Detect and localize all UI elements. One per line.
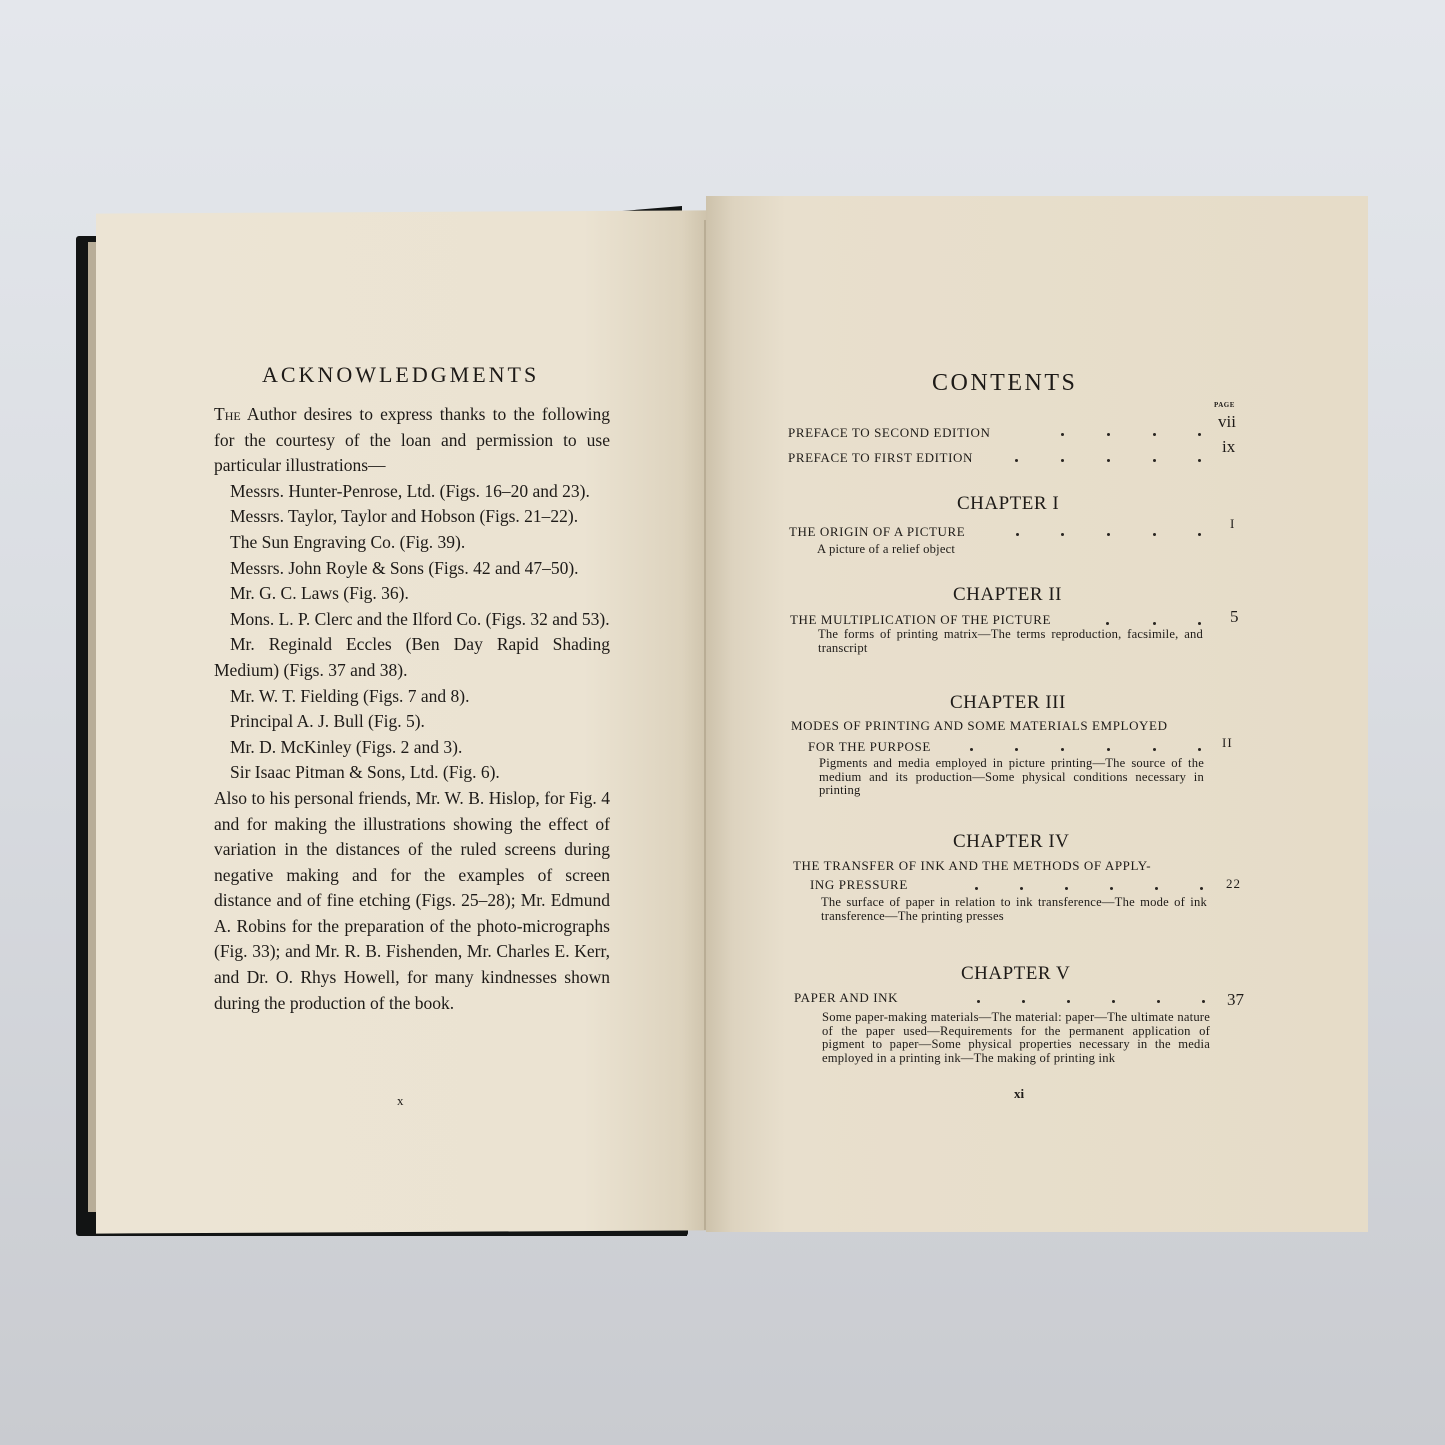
chapter-description: A picture of a relief object	[817, 543, 1217, 557]
leader-dot	[1067, 1000, 1070, 1003]
leader-dot	[1061, 433, 1064, 436]
toc-entry-preface-second: PREFACE TO SECOND EDITION	[788, 425, 990, 441]
toc-page-number: I	[1230, 516, 1235, 532]
chapter-title: PAPER AND INK	[794, 990, 898, 1006]
right-page	[706, 196, 1368, 1232]
credit-item: Principal A. J. Bull (Fig. 5).	[214, 709, 610, 735]
toc-entry-preface-first: PREFACE TO FIRST EDITION	[788, 450, 973, 466]
leader-dot	[1107, 459, 1110, 462]
credit-item: Mr. G. C. Laws (Fig. 36).	[214, 581, 610, 607]
toc-page-number: vii	[1218, 412, 1236, 432]
credit-item: Mr. W. T. Fielding (Figs. 7 and 8).	[214, 684, 610, 710]
leader-dot	[1107, 533, 1110, 536]
leader-dot	[1153, 459, 1156, 462]
acknowledgments-title: ACKNOWLEDGMENTS	[262, 362, 539, 388]
credit-item: Mr. D. McKinley (Figs. 2 and 3).	[214, 735, 610, 761]
chapter-title-continued: FOR THE PURPOSE	[808, 739, 931, 755]
leader-dot	[1153, 533, 1156, 536]
leader-dot	[1198, 748, 1201, 751]
leader-dot	[1110, 887, 1113, 890]
intro-lead: The	[214, 404, 241, 424]
toc-page-number: 22	[1226, 876, 1241, 892]
toc-page-number: ix	[1222, 437, 1235, 457]
leader-dot	[1198, 459, 1201, 462]
leader-dot	[1107, 433, 1110, 436]
credit-item: Messrs. Hunter-Penrose, Ltd. (Figs. 16–2…	[214, 479, 610, 505]
chapter-description: The surface of paper in relation to ink …	[821, 896, 1207, 923]
intro-text: Author desires to express thanks to the …	[214, 404, 610, 475]
chapter-title: THE ORIGIN OF A PICTURE	[789, 524, 965, 540]
toc-page-number: II	[1222, 735, 1233, 751]
leader-dot	[1107, 748, 1110, 751]
leader-dot	[1061, 459, 1064, 462]
book-gutter	[704, 220, 706, 1230]
leader-dot	[1198, 433, 1201, 436]
leader-dot	[1106, 622, 1109, 625]
leader-dot	[1016, 533, 1019, 536]
contents-title: CONTENTS	[932, 370, 1077, 397]
right-page-folio: xi	[1014, 1086, 1024, 1102]
leader-dot	[1200, 887, 1203, 890]
chapter-heading: CHAPTER I	[957, 493, 1059, 515]
acknowledgments-body: The Author desires to express thanks to …	[214, 402, 610, 1016]
credit-item: The Sun Engraving Co. (Fig. 39).	[214, 530, 610, 556]
leader-dot	[1198, 622, 1201, 625]
credit-item: Mr. Reginald Eccles (Ben Day Rapid Shadi…	[214, 632, 610, 683]
left-page-folio: x	[397, 1093, 404, 1109]
leader-dot	[970, 748, 973, 751]
leader-dot	[1022, 1000, 1025, 1003]
chapter-title: THE MULTIPLICATION OF THE PICTURE	[790, 612, 1051, 628]
chapter-title-continued: ING PRESSURE	[810, 877, 908, 893]
credit-item: Messrs. John Royle & Sons (Figs. 42 and …	[214, 556, 610, 582]
leader-dot	[1198, 533, 1201, 536]
leader-dot	[1065, 887, 1068, 890]
acknowledgments-intro: The Author desires to express thanks to …	[214, 402, 610, 479]
chapter-heading: CHAPTER IV	[953, 831, 1069, 853]
page-column-label: PAGE	[1214, 401, 1235, 409]
acknowledgments-closing: Also to his personal friends, Mr. W. B. …	[214, 786, 610, 1016]
leader-dot	[1202, 1000, 1205, 1003]
chapter-title: THE TRANSFER OF INK AND THE METHODS OF A…	[793, 858, 1151, 874]
chapter-heading: CHAPTER V	[961, 963, 1070, 985]
leader-dot	[1015, 459, 1018, 462]
leader-dot	[1153, 433, 1156, 436]
credit-item: Sir Isaac Pitman & Sons, Ltd. (Fig. 6).	[214, 760, 610, 786]
leader-dot	[1153, 748, 1156, 751]
chapter-description: Some paper-making materials—The material…	[822, 1011, 1210, 1065]
leader-dot	[1020, 887, 1023, 890]
chapter-description: Pigments and media employed in picture p…	[819, 757, 1204, 798]
leader-dot	[1153, 622, 1156, 625]
leader-dot	[975, 887, 978, 890]
chapter-description: The forms of printing matrix—The terms r…	[818, 628, 1203, 655]
toc-page-number: 37	[1227, 990, 1244, 1010]
chapter-heading: CHAPTER II	[953, 584, 1062, 606]
leader-dot	[1061, 533, 1064, 536]
leader-dot	[1112, 1000, 1115, 1003]
leader-dot	[1061, 748, 1064, 751]
credit-item: Messrs. Taylor, Taylor and Hobson (Figs.…	[214, 504, 610, 530]
credit-item: Mons. L. P. Clerc and the Ilford Co. (Fi…	[214, 607, 610, 633]
leader-dot	[1015, 748, 1018, 751]
leader-dot	[977, 1000, 980, 1003]
leader-dot	[1157, 1000, 1160, 1003]
chapter-title: MODES OF PRINTING AND SOME MATERIALS EMP…	[791, 718, 1168, 734]
toc-page-number: 5	[1230, 607, 1239, 627]
leader-dot	[1155, 887, 1158, 890]
chapter-heading: CHAPTER III	[950, 692, 1066, 714]
